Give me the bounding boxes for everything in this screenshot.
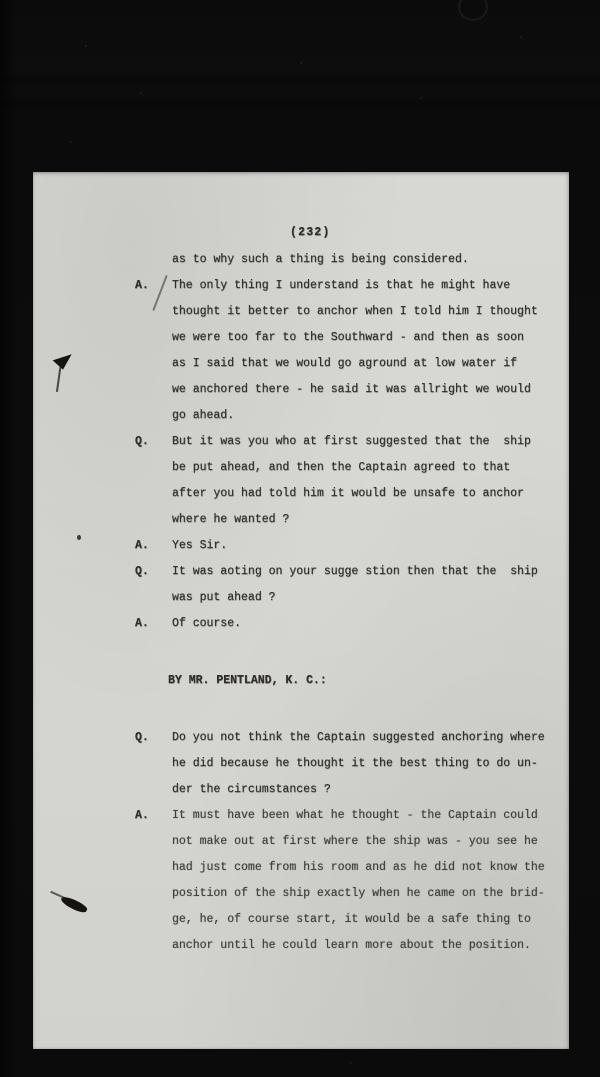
scan-speck xyxy=(70,141,72,143)
transcript-line: It must have been what he thought - the … xyxy=(172,803,569,829)
speaker-marker xyxy=(135,247,172,273)
scan-ring-artifact xyxy=(458,0,488,21)
qa-entry: A. Of course. xyxy=(135,611,569,637)
transcript-line: where he wanted ? xyxy=(172,507,569,533)
speaker-marker: Q. xyxy=(135,429,172,533)
transcript-line: The only thing I understand is that he m… xyxy=(172,273,569,299)
speaker-marker: Q. xyxy=(135,559,172,611)
qa-entry: as to why such a thing is being consider… xyxy=(135,247,569,273)
speaker-marker: Q. xyxy=(135,725,172,803)
transcript-line: position of the ship exactly when he cam… xyxy=(172,881,569,907)
scan-speck xyxy=(140,92,142,94)
transcript-line: was put ahead ? xyxy=(172,585,569,611)
scan-speck xyxy=(85,45,87,47)
transcript-line: he did because he thought it the best th… xyxy=(172,751,569,777)
transcript-line: anchor until he could learn more about t… xyxy=(172,933,569,959)
transcript-line: It was aoting on your sugge stion then t… xyxy=(172,559,569,585)
transcript-line: thought it better to anchor when I told … xyxy=(172,299,569,325)
speaker-marker: A. xyxy=(135,533,172,559)
transcript-line: not make out at first where the ship was… xyxy=(172,829,569,855)
attorney-heading: BY MR. PENTLAND, K. C.: xyxy=(168,668,569,694)
transcript-line: be put ahead, and then the Captain agree… xyxy=(172,455,569,481)
qa-entry: A. The only thing I understand is that h… xyxy=(135,273,569,429)
speaker-marker: A. xyxy=(135,803,172,959)
qa-entry: A. It must have been what he thought - t… xyxy=(135,803,569,959)
document-page: (232) as to why such a thing is being co… xyxy=(33,172,569,1049)
transcript-body: as to why such a thing is being consider… xyxy=(33,247,569,959)
transcript-line: Of course. xyxy=(172,611,569,637)
transcript-line: as I said that we would go aground at lo… xyxy=(172,351,569,377)
scan-speck xyxy=(520,36,522,38)
qa-entry: Q. But it was you who at first suggested… xyxy=(135,429,569,533)
transcript-line: go ahead. xyxy=(172,403,569,429)
transcript-line: we were too far to the Southward - and t… xyxy=(172,325,569,351)
transcript-line: der the circumstances ? xyxy=(172,777,569,803)
transcript-line: ge, he, of course start, it would be a s… xyxy=(172,907,569,933)
transcript-line: had just come from his room and as he di… xyxy=(172,855,569,881)
qa-entry: Q. It was aoting on your sugge stion the… xyxy=(135,559,569,611)
transcript-line: But it was you who at first suggested th… xyxy=(172,429,569,455)
qa-entry: Q. Do you not think the Captain suggeste… xyxy=(135,725,569,803)
qa-entry: A. Yes Sir. xyxy=(135,533,569,559)
scan-background: (232) as to why such a thing is being co… xyxy=(0,0,600,1077)
transcript-line: as to why such a thing is being consider… xyxy=(172,247,569,273)
transcript-line: Yes Sir. xyxy=(172,533,569,559)
page-number: (232) xyxy=(290,226,331,239)
speaker-marker: A. xyxy=(135,273,172,429)
transcript-line: we anchored there - he said it was allri… xyxy=(172,377,569,403)
scan-speck xyxy=(300,62,302,64)
scan-speck xyxy=(350,1062,352,1064)
transcript-line: Do you not think the Captain suggested a… xyxy=(172,725,569,751)
transcript-line: after you had told him it would be unsaf… xyxy=(172,481,569,507)
speaker-marker: A. xyxy=(135,611,172,637)
scan-speck xyxy=(420,97,422,99)
